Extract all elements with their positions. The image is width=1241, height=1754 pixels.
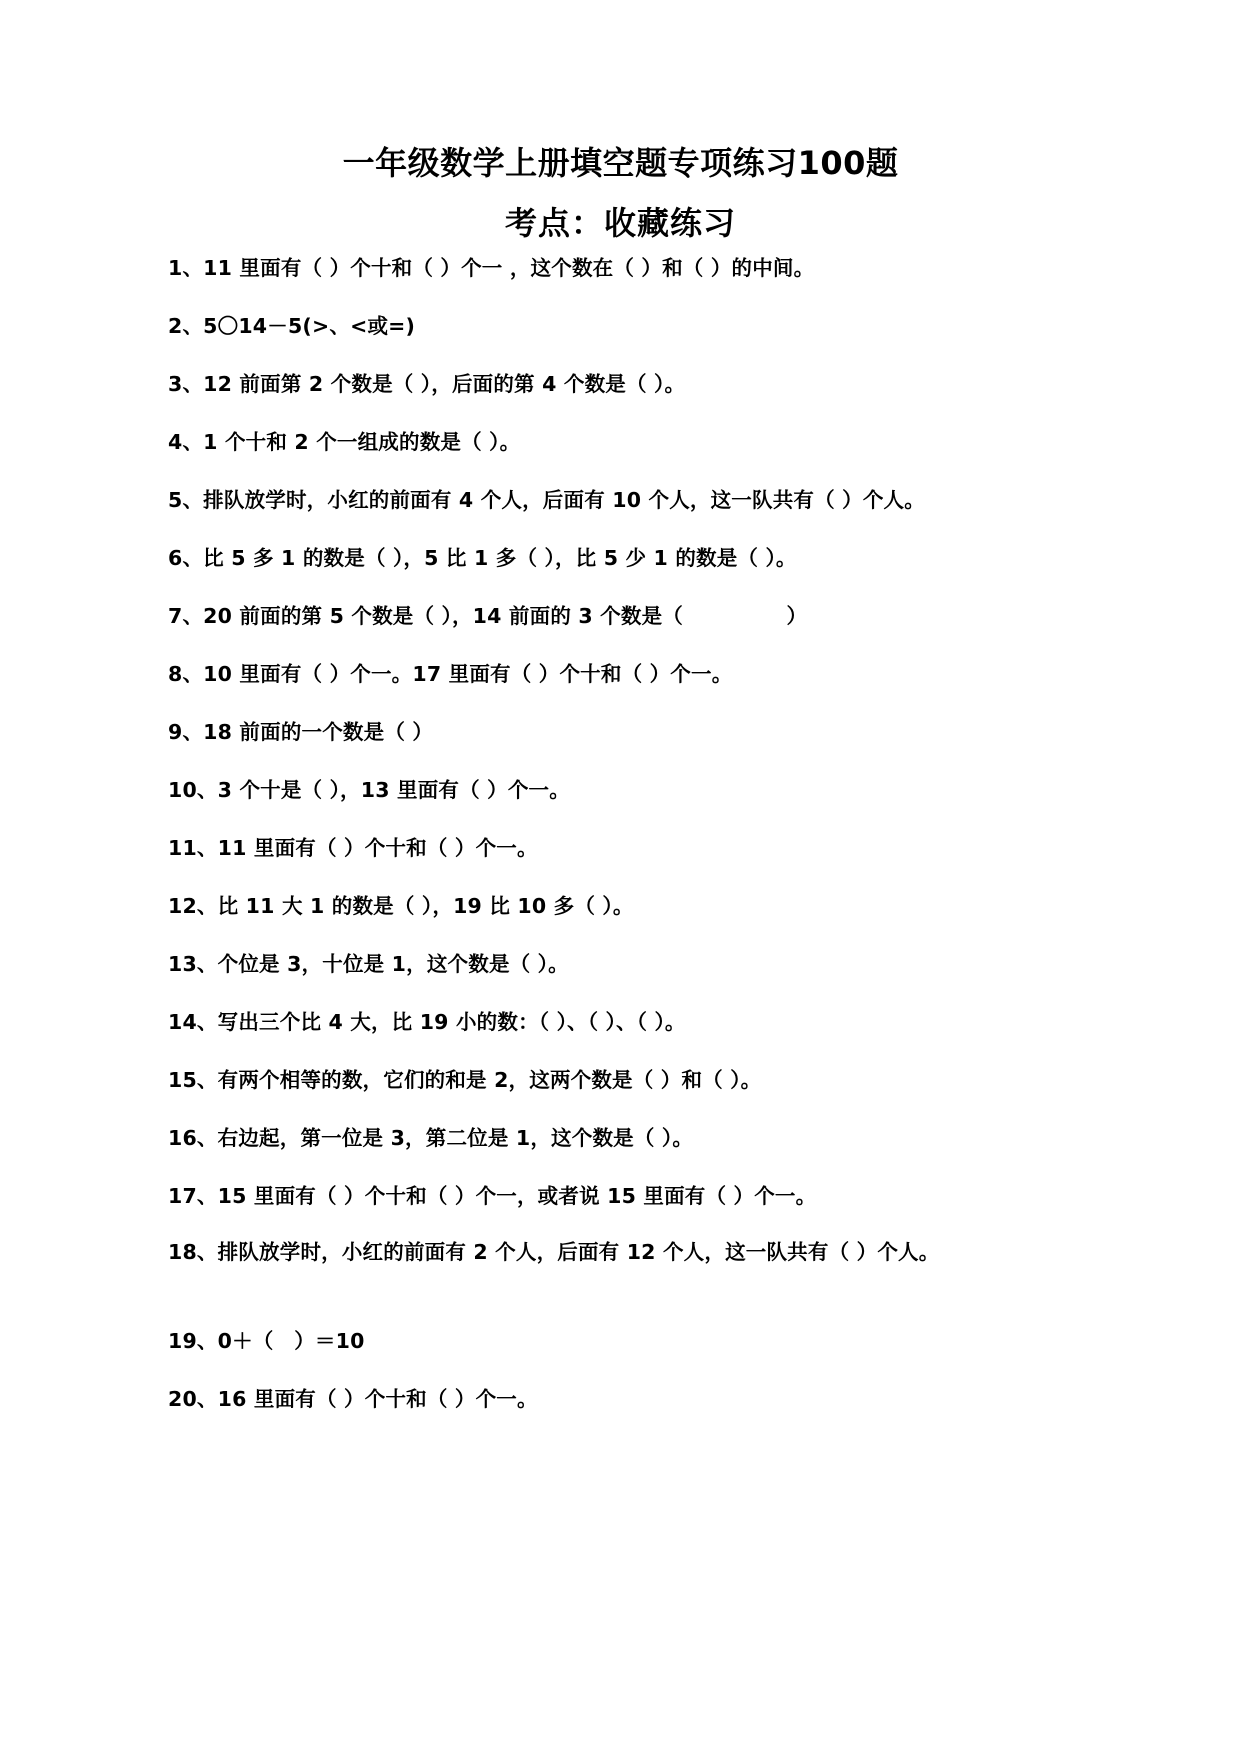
question-list: 1、11 里面有（ ）个十和（ ）个一 ，这个数在（ ）和（ ）的中间。 2、5…	[168, 250, 1068, 1439]
question-text: 0＋（ ）＝10	[218, 1329, 365, 1353]
question-number: 12、	[168, 894, 218, 918]
question-item: 14、写出三个比 4 大，比 19 小的数：（ ）、（ ）、（ ）。	[168, 1004, 1068, 1062]
question-number: 19、	[168, 1329, 218, 1353]
question-text: 排队放学时，小红的前面有 4 个人，后面有 10 个人，这一队共有（ ）个人。	[203, 488, 925, 512]
question-text: 排队放学时，小红的前面有 2 个人，后面有 12 个人，这一队共有（ ）个人。	[218, 1240, 940, 1264]
question-number: 5、	[168, 488, 203, 512]
question-text: 12 前面第 2 个数是（ ），后面的第 4 个数是（ ）。	[203, 372, 685, 396]
question-number: 17、	[168, 1184, 218, 1208]
question-item: 6、比 5 多 1 的数是（ ），5 比 1 多（ ），比 5 少 1 的数是（…	[168, 540, 1068, 598]
question-text: 有两个相等的数，它们的和是 2，这两个数是（ ）和（ ）。	[218, 1068, 762, 1092]
question-item: 8、10 里面有（ ）个一。17 里面有（ ）个十和（ ）个一。	[168, 656, 1068, 714]
question-item: 10、3 个十是（ ），13 里面有（ ）个一。	[168, 772, 1068, 830]
question-item: 18、排队放学时，小红的前面有 2 个人，后面有 12 个人，这一队共有（ ）个…	[168, 1236, 1058, 1323]
question-number: 4、	[168, 430, 203, 454]
question-text: 20 前面的第 5 个数是（ ），14 前面的 3 个数是（ ）	[203, 604, 807, 628]
question-text: 比 11 大 1 的数是（ ），19 比 10 多（ ）。	[218, 894, 634, 918]
question-text: 18 前面的一个数是（ ）	[203, 720, 433, 744]
question-text: 11 里面有（ ）个十和（ ）个一 ，这个数在（ ）和（ ）的中间。	[203, 256, 814, 280]
question-number: 11、	[168, 836, 218, 860]
question-number: 10、	[168, 778, 218, 802]
question-text: 15 里面有（ ）个十和（ ）个一，或者说 15 里面有（ ）个一。	[218, 1184, 817, 1208]
question-item: 3、12 前面第 2 个数是（ ），后面的第 4 个数是（ ）。	[168, 366, 1068, 424]
question-number: 1、	[168, 256, 203, 280]
question-number: 13、	[168, 952, 218, 976]
question-text: 3 个十是（ ），13 里面有（ ）个一。	[218, 778, 570, 802]
question-item: 15、有两个相等的数，它们的和是 2，这两个数是（ ）和（ ）。	[168, 1062, 1068, 1120]
question-text: 16 里面有（ ）个十和（ ）个一。	[218, 1387, 538, 1411]
question-item: 16、右边起，第一位是 3，第二位是 1，这个数是（ ）。	[168, 1120, 1068, 1178]
question-number: 2、	[168, 314, 203, 338]
question-item: 7、20 前面的第 5 个数是（ ），14 前面的 3 个数是（ ）	[168, 598, 1068, 656]
question-number: 6、	[168, 546, 203, 570]
question-item: 12、比 11 大 1 的数是（ ），19 比 10 多（ ）。	[168, 888, 1068, 946]
question-text: 10 里面有（ ）个一。17 里面有（ ）个十和（ ）个一。	[203, 662, 732, 686]
question-item: 2、5〇14－5(>、<或=)	[168, 308, 1068, 366]
question-item: 13、个位是 3，十位是 1，这个数是（ ）。	[168, 946, 1068, 1004]
page-subtitle: 考点：收藏练习	[0, 200, 1241, 246]
question-item: 9、18 前面的一个数是（ ）	[168, 714, 1068, 772]
page-title: 一年级数学上册填空题专项练习100题	[0, 140, 1241, 186]
question-text: 写出三个比 4 大，比 19 小的数：（ ）、（ ）、（ ）。	[218, 1010, 686, 1034]
question-number: 3、	[168, 372, 203, 396]
question-item: 5、排队放学时，小红的前面有 4 个人，后面有 10 个人，这一队共有（ ）个人…	[168, 482, 1068, 540]
question-number: 18、	[168, 1240, 218, 1264]
question-number: 14、	[168, 1010, 218, 1034]
question-text: 右边起，第一位是 3，第二位是 1，这个数是（ ）。	[218, 1126, 693, 1150]
worksheet-page: 一年级数学上册填空题专项练习100题 考点：收藏练习 1、11 里面有（ ）个十…	[0, 0, 1241, 1754]
question-text: 11 里面有（ ）个十和（ ）个一。	[218, 836, 538, 860]
question-text: 5〇14－5(>、<或=)	[203, 314, 415, 338]
question-item: 4、1 个十和 2 个一组成的数是（ ）。	[168, 424, 1068, 482]
question-text: 1 个十和 2 个一组成的数是（ ）。	[203, 430, 520, 454]
question-number: 8、	[168, 662, 203, 686]
question-item: 1、11 里面有（ ）个十和（ ）个一 ，这个数在（ ）和（ ）的中间。	[168, 250, 1068, 308]
question-item: 19、0＋（ ）＝10	[168, 1323, 1068, 1381]
question-number: 7、	[168, 604, 203, 628]
question-item: 11、11 里面有（ ）个十和（ ）个一。	[168, 830, 1068, 888]
question-number: 20、	[168, 1387, 218, 1411]
question-number: 16、	[168, 1126, 218, 1150]
question-text: 个位是 3，十位是 1，这个数是（ ）。	[218, 952, 569, 976]
question-text: 比 5 多 1 的数是（ ），5 比 1 多（ ），比 5 少 1 的数是（ ）…	[203, 546, 796, 570]
question-item: 20、16 里面有（ ）个十和（ ）个一。	[168, 1381, 1068, 1439]
question-item: 17、15 里面有（ ）个十和（ ）个一，或者说 15 里面有（ ）个一。	[168, 1178, 1068, 1236]
question-number: 9、	[168, 720, 203, 744]
question-number: 15、	[168, 1068, 218, 1092]
